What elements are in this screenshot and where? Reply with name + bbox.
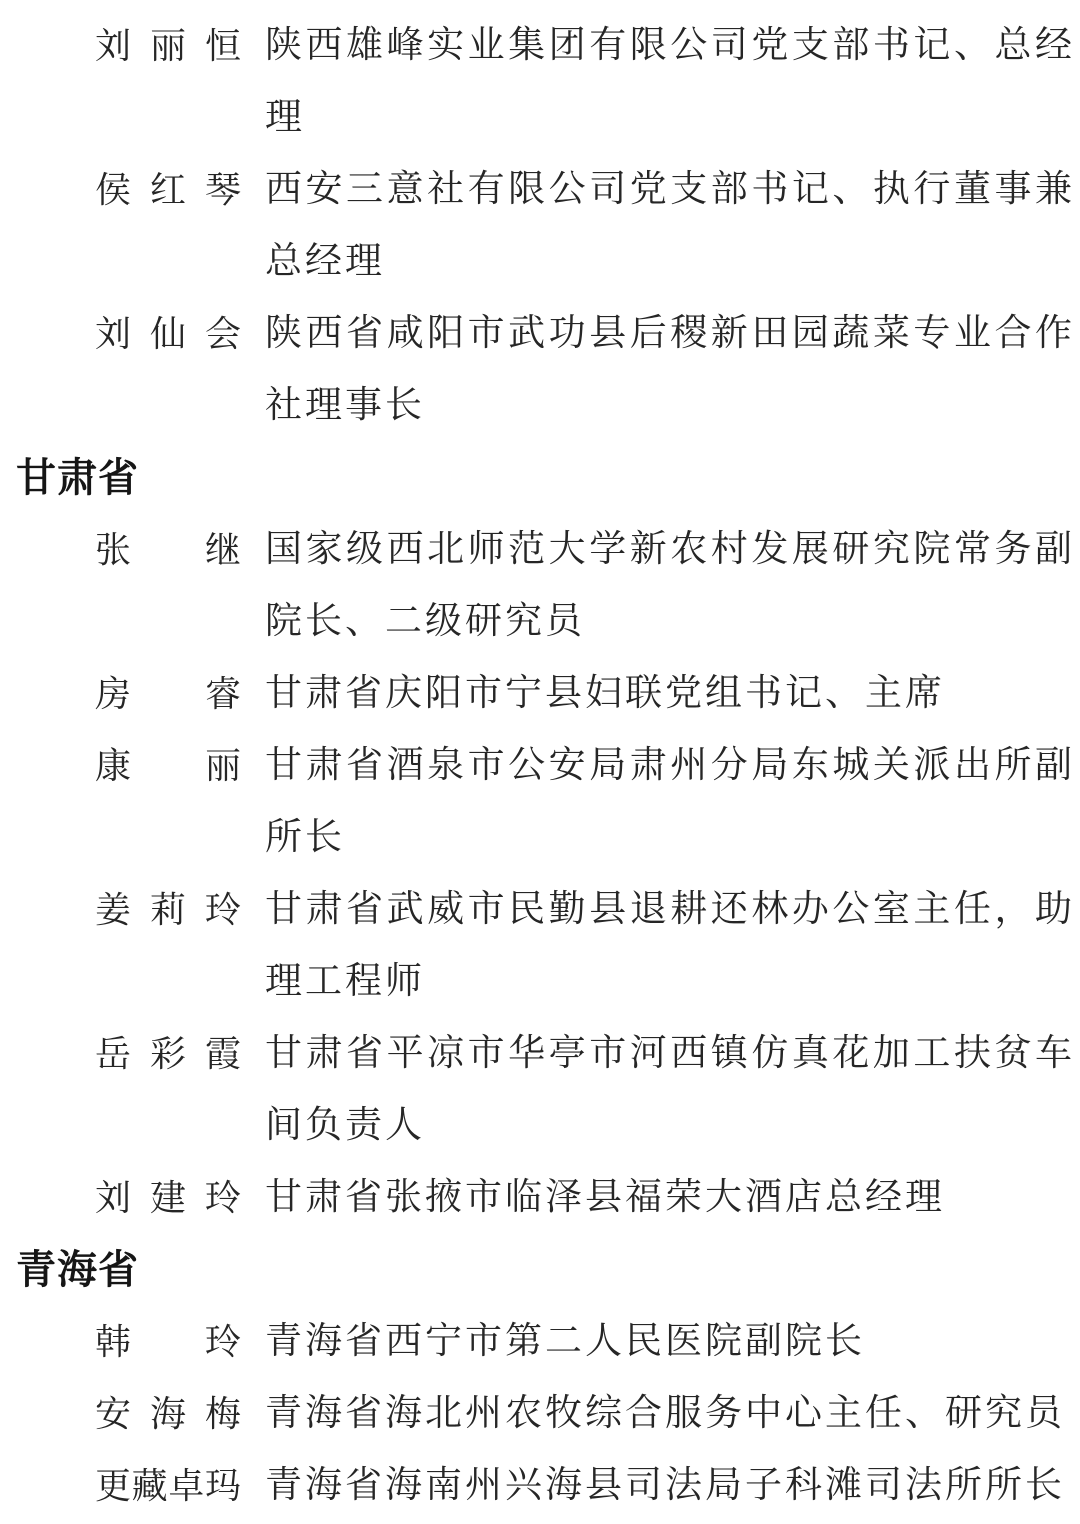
list-item: 刘丽恒 陕西雄峰实业集团有限公司党支部书记、总经理	[0, 10, 1080, 154]
list-item: 侯红琴 西安三意社有限公司党支部书记、执行董事兼总经理	[0, 154, 1080, 298]
list-item: 房睿 甘肃省庆阳市宁县妇联党组书记、主席	[0, 658, 1080, 730]
person-name: 刘建玲	[95, 1162, 241, 1234]
province-heading: 青海省	[0, 1234, 1080, 1306]
person-title: 甘肃省武威市民勤县退耕还林办公室主任，助理工程师	[265, 874, 1075, 1018]
person-name: 房睿	[95, 658, 241, 730]
list-item: 韩玲 青海省西宁市第二人民医院副院长	[0, 1306, 1080, 1378]
person-title: 甘肃省平凉市华亭市河西镇仿真花加工扶贫车间负责人	[265, 1018, 1075, 1162]
person-name: 安海梅	[95, 1378, 241, 1450]
person-title: 陕西雄峰实业集团有限公司党支部书记、总经理	[265, 10, 1075, 154]
document-page: 刘丽恒 陕西雄峰实业集团有限公司党支部书记、总经理 侯红琴 西安三意社有限公司党…	[0, 0, 1080, 1524]
person-title: 青海省海南州兴海县司法局子科滩司法所所长	[265, 1450, 1075, 1522]
person-title: 国家级西北师范大学新农村发展研究院常务副院长、二级研究员	[265, 514, 1075, 658]
person-title: 青海省海北州农牧综合服务中心主任、研究员	[265, 1378, 1075, 1450]
list-item: 刘建玲 甘肃省张掖市临泽县福荣大酒店总经理	[0, 1162, 1080, 1234]
list-item: 更藏卓玛 青海省海南州兴海县司法局子科滩司法所所长	[0, 1450, 1080, 1522]
person-name: 刘丽恒	[95, 10, 241, 82]
province-heading: 甘肃省	[0, 442, 1080, 514]
list-item: 张继 国家级西北师范大学新农村发展研究院常务副院长、二级研究员	[0, 514, 1080, 658]
person-name: 康丽	[95, 730, 241, 802]
list-item: 康丽 甘肃省酒泉市公安局肃州分局东城关派出所副所长	[0, 730, 1080, 874]
person-name: 韩玲	[95, 1306, 241, 1378]
list-item: 岳彩霞 甘肃省平凉市华亭市河西镇仿真花加工扶贫车间负责人	[0, 1018, 1080, 1162]
person-title: 西安三意社有限公司党支部书记、执行董事兼总经理	[265, 154, 1075, 298]
person-title: 青海省西宁市第二人民医院副院长	[265, 1306, 1075, 1378]
list-item: 安海梅 青海省海北州农牧综合服务中心主任、研究员	[0, 1378, 1080, 1450]
person-name: 张继	[95, 514, 241, 586]
person-name: 姜莉玲	[95, 874, 241, 946]
person-title: 陕西省咸阳市武功县后稷新田园蔬菜专业合作社理事长	[265, 298, 1075, 442]
person-title: 甘肃省张掖市临泽县福荣大酒店总经理	[265, 1162, 1075, 1234]
person-name: 刘仙会	[95, 298, 241, 370]
person-title: 甘肃省庆阳市宁县妇联党组书记、主席	[265, 658, 1075, 730]
list-item: 姜莉玲 甘肃省武威市民勤县退耕还林办公室主任，助理工程师	[0, 874, 1080, 1018]
person-name: 更藏卓玛	[95, 1450, 241, 1522]
person-name: 侯红琴	[95, 154, 241, 226]
person-title: 甘肃省酒泉市公安局肃州分局东城关派出所副所长	[265, 730, 1075, 874]
list-item: 刘仙会 陕西省咸阳市武功县后稷新田园蔬菜专业合作社理事长	[0, 298, 1080, 442]
person-name: 岳彩霞	[95, 1018, 241, 1090]
